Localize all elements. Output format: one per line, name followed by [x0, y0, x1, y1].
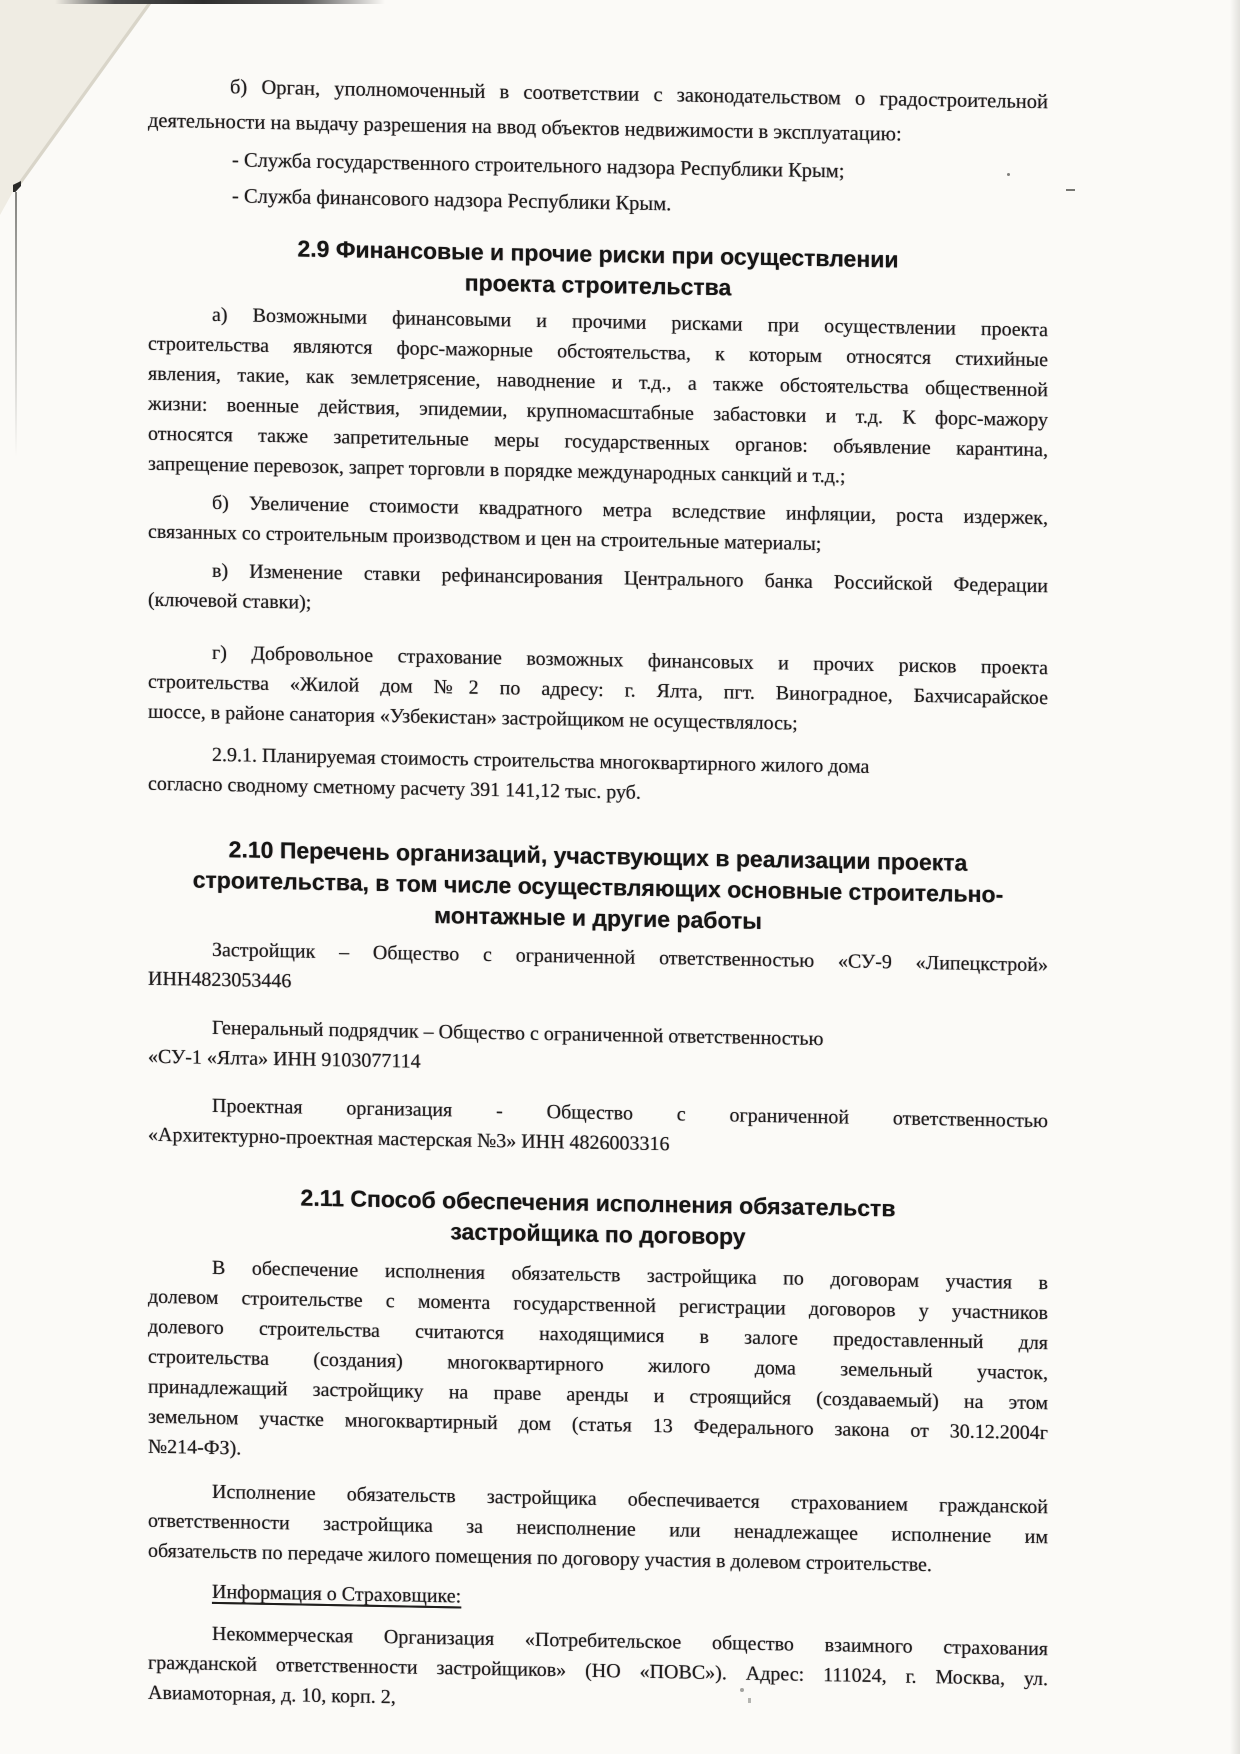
scan-speck	[1007, 173, 1010, 176]
planned-cost-paragraph-2-9-1: 2.9.1. Планируемая стоимость строительст…	[148, 739, 1048, 815]
insurance-obligation-paragraph: Исполнение обязательств застройщика обес…	[148, 1476, 1048, 1582]
risks-paragraph-a: а) Возможными финансовыми и прочими риск…	[148, 299, 1048, 495]
risks-paragraph-g: г) Добровольное страхование возможных фи…	[148, 637, 1048, 743]
scan-speck	[740, 1688, 744, 1692]
risks-paragraph-b: б) Увеличение стоимости квадратного метр…	[148, 487, 1048, 563]
section-heading-2-9: 2.9 Финансовые и прочие риски при осущес…	[148, 231, 1048, 309]
scan-speck	[748, 1698, 751, 1703]
insurer-info-label: Информация о Страховщике:	[148, 1576, 1048, 1622]
scan-mark-left-line	[15, 192, 17, 457]
insurer-details-paragraph: Некоммерческая Организация «Потребительс…	[148, 1618, 1048, 1724]
scan-speck	[1066, 189, 1075, 191]
document-body: б) Орган, уполномоченный в соответствии …	[0, 0, 1240, 1728]
scanner-edge-line	[55, 0, 385, 4]
section-heading-2-10: 2.10 Перечень организаций, участвующих в…	[148, 833, 1048, 942]
scan-right-edge-shade	[1230, 0, 1240, 1754]
general-contractor-paragraph: Генеральный подрядчик – Общество с огран…	[148, 1012, 1048, 1088]
insurer-info-label-line-1: Информация о Страховщике:	[148, 1576, 1048, 1622]
design-organization-paragraph: Проектная организация - Общество с огран…	[148, 1090, 1048, 1166]
risks-paragraph-v: в) Изменение ставки рефинансирования Цен…	[148, 555, 1048, 631]
section-heading-2-11: 2.11 Способ обеспечения исполнения обяза…	[148, 1180, 1048, 1258]
developer-paragraph: Застройщик – Общество с ограниченной отв…	[148, 934, 1048, 1010]
pledge-paragraph: В обеспечение исполнения обязательств за…	[148, 1252, 1048, 1478]
scanned-page: б) Орган, уполномоченный в соответствии …	[0, 0, 1240, 1754]
